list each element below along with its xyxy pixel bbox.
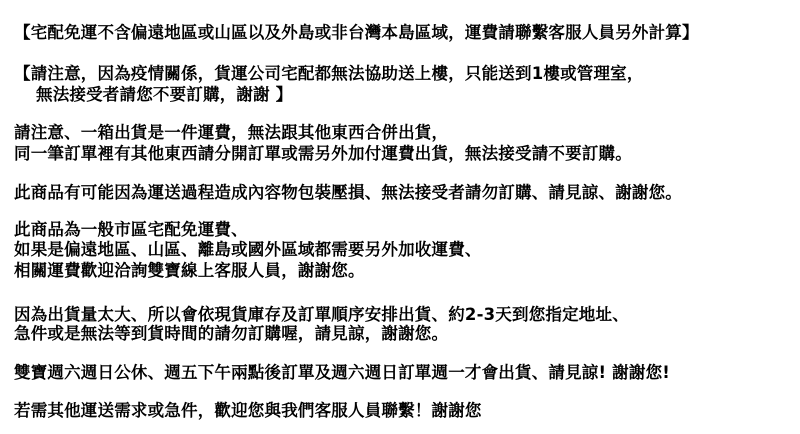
pandemic-notice-line-2: 無法接受者請您不要訂購，謝謝 】 xyxy=(36,85,292,105)
one-box-policy-line-2: 同一筆訂單裡有其他東西請分開訂單或需另外加付運費出貨，無法接受請不要訂購。 xyxy=(14,144,632,164)
delivery-time-line-2: 急件或是無法等到貨時間的請勿訂購喔，請見諒，謝謝您。 xyxy=(14,324,448,344)
shipping-exclusion-notice: 【宅配免運不含偏遠地區或山區以及外島或非台灣本島區域，運費請聯繫客服人員另外計算… xyxy=(14,23,699,43)
one-box-policy-line-1: 請注意、一箱出貨是一件運費，無法跟其他東西合併出貨， xyxy=(14,123,448,143)
pandemic-notice-line-1: 【請注意，因為疫情關係，貨運公司宅配都無法協助送上樓，只能送到1樓或管理室， xyxy=(14,64,644,84)
contact-notice: 若需其他運送需求或急件，歡迎您與我們客服人員聯繫！謝謝您 xyxy=(14,401,482,421)
delivery-time-line-1: 因為出貨量太大、所以會依現貨庫存及訂單順序安排出貨、約2-3天到您指定地址、 xyxy=(14,305,629,325)
holiday-schedule-notice: 雙寶週六週日公休、週五下午兩點後訂單及週六週日訂單週一才會出貨、請見諒! 謝謝您… xyxy=(14,363,670,383)
free-shipping-info-line-2: 如果是偏遠地區、山區、離島或國外區域都需要另外加收運費、 xyxy=(14,240,482,260)
free-shipping-info-line-3: 相關運費歡迎洽詢雙寶線上客服人員，謝謝您。 xyxy=(14,261,365,281)
free-shipping-info-line-1: 此商品為一般市區宅配免運費、 xyxy=(14,220,248,240)
damage-notice: 此商品有可能因為運送過程造成內容物包裝壓損、無法接受者請勿訂購、請見諒、謝謝您。 xyxy=(14,183,682,203)
